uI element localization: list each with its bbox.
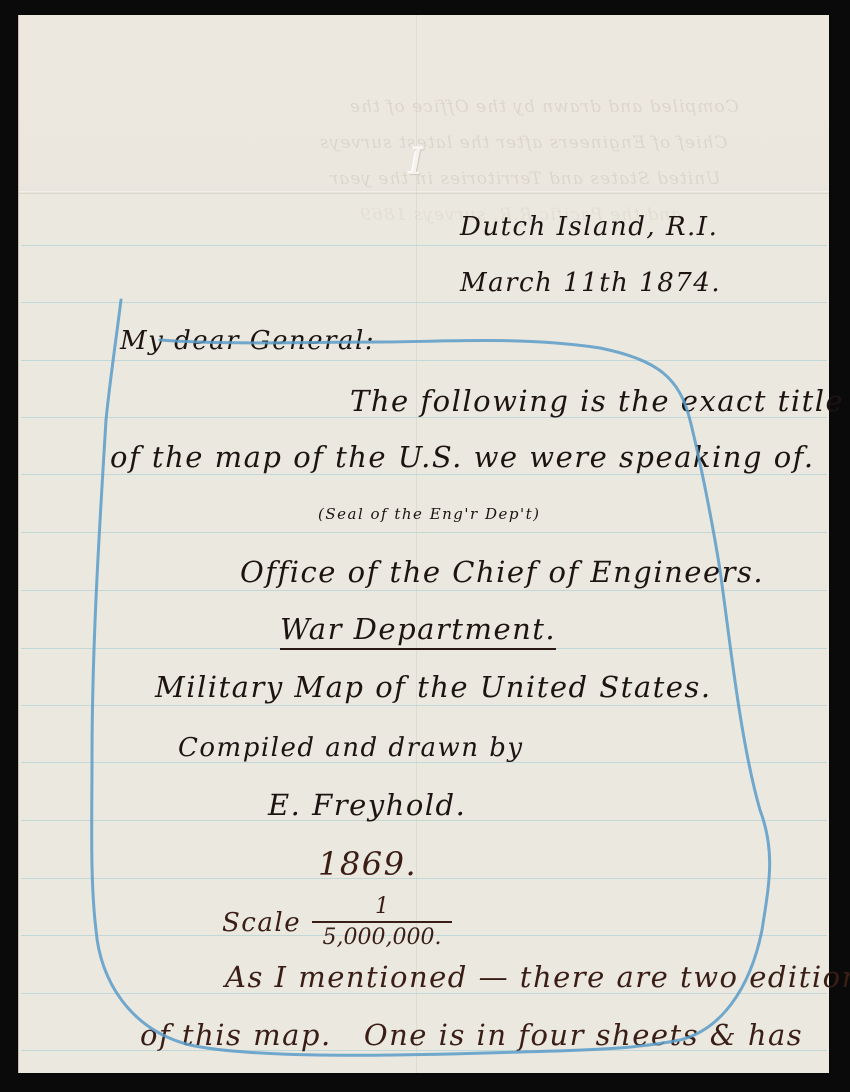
letter-place: Dutch Island, R.I. (460, 212, 718, 242)
ruled-line (21, 590, 827, 591)
fraction-bar (312, 921, 452, 923)
title-compiled: Compiled and drawn by (178, 733, 524, 763)
letter-closing-line: As I mentioned — there are two editions (225, 960, 850, 994)
scale-fraction: 1 5,000,000. (312, 896, 452, 949)
ruled-line (21, 245, 827, 246)
ruled-line (21, 474, 827, 475)
scale-label: Scale (222, 908, 301, 938)
embossed-letter-mark-icon: I (409, 142, 427, 184)
seal-note: (Seal of the Eng'r Dep't) (318, 505, 540, 523)
title-year: 1869. (318, 845, 417, 883)
letter-body-line: of the map of the U.S. we were speaking … (110, 440, 815, 474)
title-map-name: Military Map of the United States. (155, 670, 712, 704)
letter-salutation: My dear General: (120, 326, 375, 356)
ruled-line (21, 532, 827, 533)
ruled-line (21, 302, 827, 303)
bleed-through-line: Compiled and drawn by the Office of the (349, 97, 739, 117)
scale-numerator: 1 (375, 896, 389, 918)
title-author: E. Freyhold. (268, 788, 466, 822)
bleed-through-line: Chief of Engineers after the latest surv… (319, 133, 727, 153)
title-department: War Department. (280, 612, 556, 650)
ruled-line (21, 360, 827, 361)
letter-closing-line: of this map. One is in four sheets & has (140, 1018, 803, 1052)
bleed-through-line: United States and Territories in the yea… (329, 169, 720, 189)
ruled-line (21, 878, 827, 879)
scale-denominator: 5,000,000. (323, 927, 442, 949)
horizontal-fold-crease (19, 191, 829, 194)
title-office: Office of the Chief of Engineers. (240, 555, 764, 589)
letter-body-line: The following is the exact title (350, 384, 844, 418)
letter-date: March 11th 1874. (460, 268, 721, 298)
ruled-line (21, 705, 827, 706)
